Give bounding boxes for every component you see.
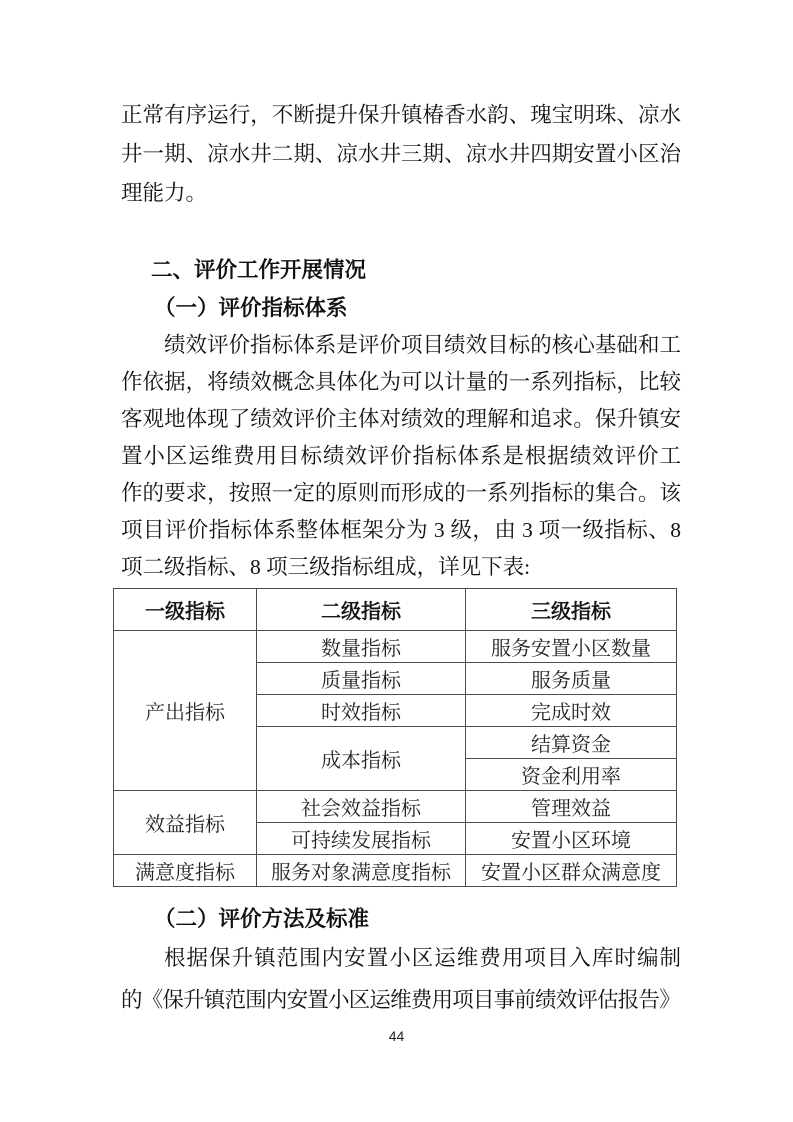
table-header-level3: 三级指标	[466, 589, 677, 631]
table-cell-level2: 时效指标	[257, 695, 466, 727]
table-row: 满意度指标 服务对象满意度指标 安置小区群众满意度	[114, 855, 677, 887]
paragraph-line: 正常有序运行，不断提升保升镇椿香水韵、瑰宝明珠、凉水	[121, 96, 681, 135]
method-paragraph: 根据保升镇范围内安置小区运维费用项目入库时编制 的《保升镇范围内安置小区运维费用…	[121, 937, 681, 1021]
document-page: 正常有序运行，不断提升保升镇椿香水韵、瑰宝明珠、凉水 井一期、凉水井二期、凉水井…	[0, 0, 793, 1122]
section-heading: 二、评价工作开展情况	[151, 251, 681, 289]
table-cell-level1-satisfaction: 满意度指标	[114, 855, 257, 887]
paragraph-line: 项二级指标、8 项三级指标组成，详见下表:	[121, 549, 681, 586]
table-header-level1: 一级指标	[114, 589, 257, 631]
paragraph-line: 井一期、凉水井二期、凉水井三期、凉水井四期安置小区治	[121, 135, 681, 174]
table-cell-level2: 数量指标	[257, 631, 466, 663]
paragraph-line: 的《保升镇范围内安置小区运维费用项目事前绩效评估报告》	[121, 979, 681, 1021]
table-cell-level3: 资金利用率	[466, 759, 677, 791]
intro-paragraph: 正常有序运行，不断提升保升镇椿香水韵、瑰宝明珠、凉水 井一期、凉水井二期、凉水井…	[121, 96, 681, 213]
paragraph-line: 客观地体现了绩效评价主体对绩效的理解和追求。保升镇安	[121, 401, 681, 438]
table-header-row: 一级指标 二级指标 三级指标	[114, 589, 677, 631]
table-cell-level3: 完成时效	[466, 695, 677, 727]
paragraph-line: 根据保升镇范围内安置小区运维费用项目入库时编制	[121, 937, 681, 979]
table-header-level2: 二级指标	[257, 589, 466, 631]
table-cell-level1-output: 产出指标	[114, 631, 257, 791]
table-cell-level3: 管理效益	[466, 791, 677, 823]
table-cell-level3: 结算资金	[466, 727, 677, 759]
table-cell-level3: 服务质量	[466, 663, 677, 695]
table-cell-level3: 安置小区环境	[466, 823, 677, 855]
page-content: 正常有序运行，不断提升保升镇椿香水韵、瑰宝明珠、凉水 井一期、凉水井二期、凉水井…	[0, 0, 793, 1021]
page-number: 44	[0, 1028, 793, 1044]
subsection-heading-indicator-system: （一）评价指标体系	[154, 289, 681, 327]
table-row: 产出指标 数量指标 服务安置小区数量	[114, 631, 677, 663]
paragraph-line: 绩效评价指标体系是评价项目绩效目标的核心基础和工	[121, 327, 681, 364]
subsection-heading-method-standard: （二）评价方法及标准	[154, 901, 681, 937]
indicator-table: 一级指标 二级指标 三级指标 产出指标 数量指标 服务安置小区数量 质量指标 服…	[113, 588, 677, 887]
table-cell-level2: 可持续发展指标	[257, 823, 466, 855]
table-cell-level2: 质量指标	[257, 663, 466, 695]
table-row: 效益指标 社会效益指标 管理效益	[114, 791, 677, 823]
paragraph-line: 置小区运维费用目标绩效评价指标体系是根据绩效评价工	[121, 438, 681, 475]
table-cell-level2: 社会效益指标	[257, 791, 466, 823]
table-cell-level1-benefit: 效益指标	[114, 791, 257, 855]
table-cell-level2: 服务对象满意度指标	[257, 855, 466, 887]
indicator-system-paragraph: 绩效评价指标体系是评价项目绩效目标的核心基础和工 作依据，将绩效概念具体化为可以…	[121, 327, 681, 586]
table-cell-level2-cost: 成本指标	[257, 727, 466, 791]
paragraph-line: 项目评价指标体系整体框架分为 3 级，由 3 项一级指标、8	[121, 512, 681, 549]
paragraph-line: 作依据，将绩效概念具体化为可以计量的一系列指标，比较	[121, 364, 681, 401]
paragraph-line: 作的要求，按照一定的原则而形成的一系列指标的集合。该	[121, 475, 681, 512]
table-cell-level3: 服务安置小区数量	[466, 631, 677, 663]
table-cell-level3: 安置小区群众满意度	[466, 855, 677, 887]
paragraph-line: 理能力。	[121, 174, 681, 213]
